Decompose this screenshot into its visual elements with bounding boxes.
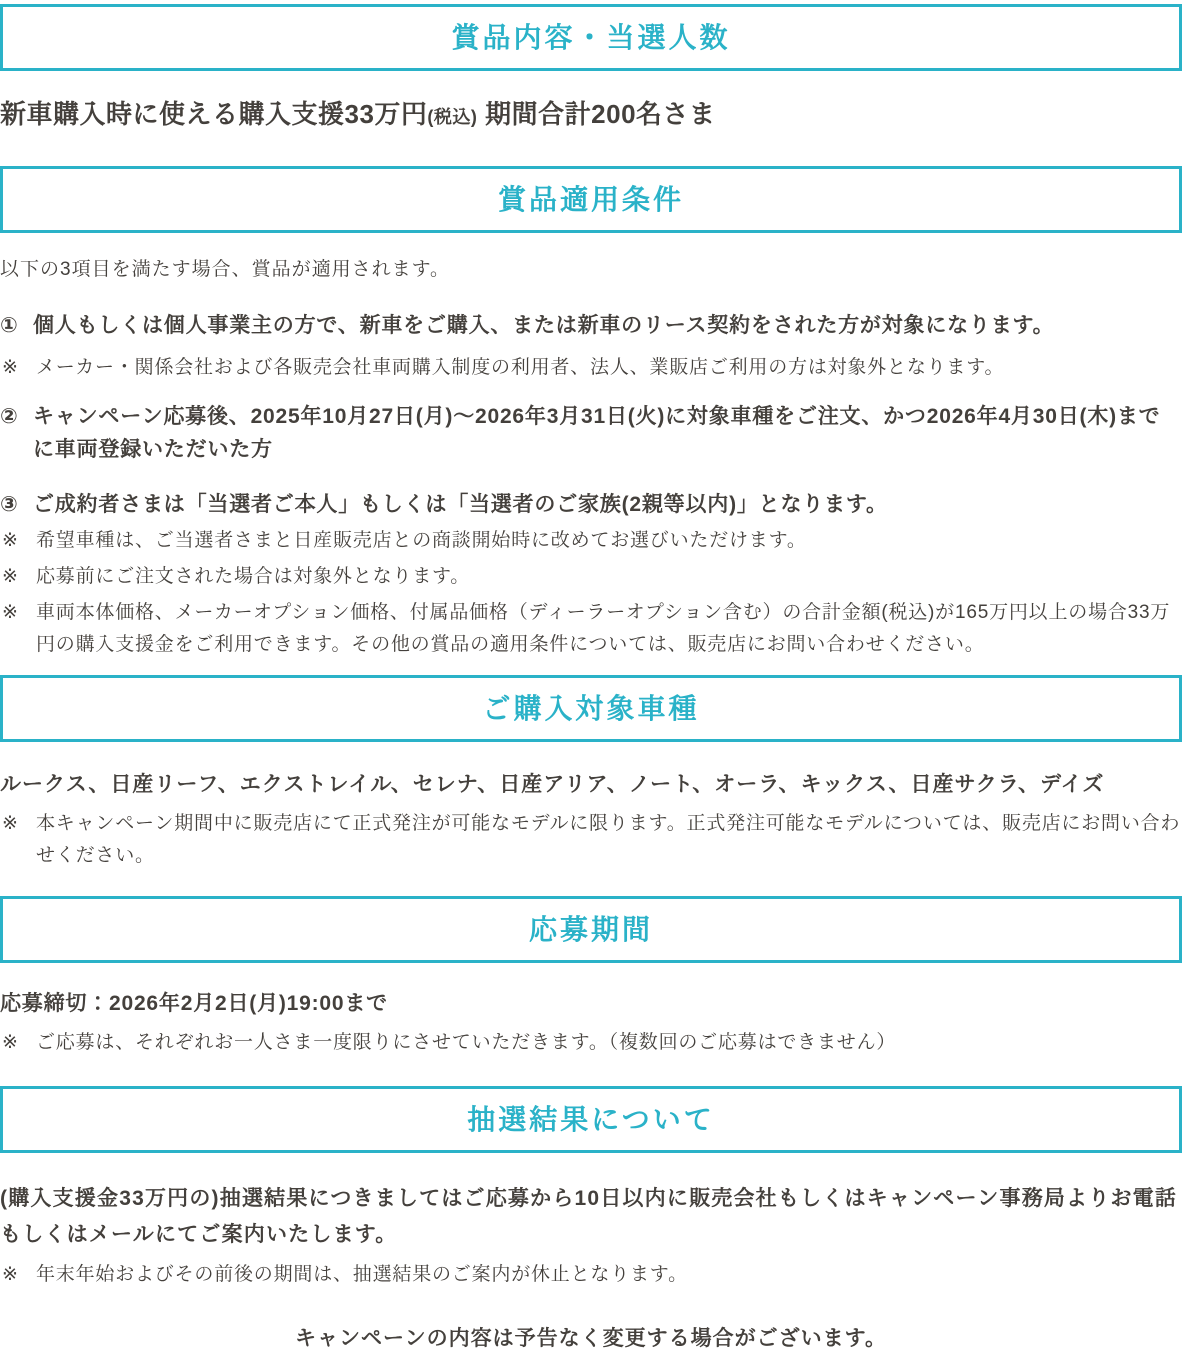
condition-3-note-2-text: 応募前にご注文された場合は対象外となります。 xyxy=(36,561,1182,593)
conditions-heading-box: 賞品適用条件 xyxy=(0,166,1182,233)
prize-tax-note: (税込) xyxy=(427,107,477,127)
note-asterisk: ※ xyxy=(0,1027,36,1059)
condition-2-marker: ② xyxy=(0,400,33,466)
note-asterisk: ※ xyxy=(0,597,36,661)
models-note-text: 本キャンペーン期間中に販売店にて正式発注が可能なモデルに限ります。正式発注可能な… xyxy=(36,808,1182,872)
condition-1-note-text: メーカー・関係会社および各販売会社車両購入制度の利用者、法人、業販店ご利用の方は… xyxy=(36,352,1182,384)
results-note: ※ 年末年始およびその前後の期間は、抽選結果のご案内が休止となります。 xyxy=(0,1259,1182,1291)
section-results: 抽選結果について (購入支援金33万円の)抽選結果につきましてはご応募から10日… xyxy=(0,1086,1182,1291)
condition-1-marker: ① xyxy=(0,309,33,342)
section-period: 応募期間 応募締切：2026年2月2日(月)19:00まで ※ ご応募は、それぞ… xyxy=(0,896,1182,1059)
condition-3-note-2: ※ 応募前にご注文された場合は対象外となります。 xyxy=(0,561,1182,593)
period-note-text: ご応募は、それぞれお一人さま一度限りにさせていただきます。（複数回のご応募はでき… xyxy=(36,1027,1182,1059)
period-heading: 応募期間 xyxy=(529,916,653,944)
condition-3-note-3: ※ 車両本体価格、メーカーオプション価格、付属品価格（ディーラーオプション含む）… xyxy=(0,597,1182,661)
condition-3-note-1-text: 希望車種は、ご当選者さまと日産販売店との商談開始時に改めてお選びいただけます。 xyxy=(36,525,1182,557)
condition-3-note-3-text: 車両本体価格、メーカーオプション価格、付属品価格（ディーラーオプション含む）の合… xyxy=(36,597,1182,661)
models-list: ルークス、日産リーフ、エクストレイル、セレナ、日産アリア、ノート、オーラ、キック… xyxy=(0,768,1182,802)
note-asterisk: ※ xyxy=(0,808,36,872)
prize-description-rest: 期間合計200名さま xyxy=(477,99,715,129)
note-asterisk: ※ xyxy=(0,525,36,557)
results-note-text: 年末年始およびその前後の期間は、抽選結果のご案内が休止となります。 xyxy=(36,1259,1182,1291)
models-heading-box: ご購入対象車種 xyxy=(0,675,1182,742)
note-asterisk: ※ xyxy=(0,561,36,593)
results-heading: 抽選結果について xyxy=(467,1106,714,1134)
conditions-heading: 賞品適用条件 xyxy=(498,186,684,214)
section-conditions: 賞品適用条件 以下の3項目を満たす場合、賞品が適用されます。 ① 個人もしくは個… xyxy=(0,166,1182,661)
condition-2-text: キャンペーン応募後、2025年10月27日(月)～2026年3月31日(火)に対… xyxy=(33,400,1182,466)
conditions-intro: 以下の3項目を満たす場合、賞品が適用されます。 xyxy=(0,257,1182,283)
section-models: ご購入対象車種 ルークス、日産リーフ、エクストレイル、セレナ、日産アリア、ノート… xyxy=(0,675,1182,872)
prize-description-main: 新車購入時に使える購入支援33万円 xyxy=(0,99,427,129)
period-note: ※ ご応募は、それぞれお一人さま一度限りにさせていただきます。（複数回のご応募は… xyxy=(0,1027,1182,1059)
condition-item-3: ③ ご成約者さまは「当選者ご本人」もしくは「当選者のご家族(2親等以内)」となり… xyxy=(0,488,1182,521)
models-note: ※ 本キャンペーン期間中に販売店にて正式発注が可能なモデルに限ります。正式発注可… xyxy=(0,808,1182,872)
condition-3-note-1: ※ 希望車種は、ご当選者さまと日産販売店との商談開始時に改めてお選びいただけます… xyxy=(0,525,1182,557)
results-heading-box: 抽選結果について xyxy=(0,1086,1182,1153)
models-heading: ご購入対象車種 xyxy=(482,695,699,723)
note-asterisk: ※ xyxy=(0,1259,36,1291)
campaign-details-page: 賞品内容・当選人数 新車購入時に使える購入支援33万円(税込) 期間合計200名… xyxy=(0,4,1182,1353)
section-prize: 賞品内容・当選人数 新車購入時に使える購入支援33万円(税込) 期間合計200名… xyxy=(0,4,1182,131)
prize-description: 新車購入時に使える購入支援33万円(税込) 期間合計200名さま xyxy=(0,100,1182,131)
period-deadline: 応募締切：2026年2月2日(月)19:00まで xyxy=(0,989,1182,1019)
prize-heading: 賞品内容・当選人数 xyxy=(451,24,730,52)
condition-item-1: ① 個人もしくは個人事業主の方で、新車をご購入、または新車のリース契約をされた方… xyxy=(0,309,1182,342)
footer-disclaimer: キャンペーンの内容は予告なく変更する場合がございます。 xyxy=(0,1325,1182,1353)
results-body: (購入支援金33万円の)抽選結果につきましてはご応募から10日以内に販売会社もし… xyxy=(0,1181,1182,1253)
note-asterisk: ※ xyxy=(0,352,36,384)
condition-item-2: ② キャンペーン応募後、2025年10月27日(月)～2026年3月31日(火)… xyxy=(0,400,1182,466)
condition-3-marker: ③ xyxy=(0,488,33,521)
condition-1-text: 個人もしくは個人事業主の方で、新車をご購入、または新車のリース契約をされた方が対… xyxy=(33,309,1182,342)
condition-3-text: ご成約者さまは「当選者ご本人」もしくは「当選者のご家族(2親等以内)」となります… xyxy=(33,488,1182,521)
period-heading-box: 応募期間 xyxy=(0,896,1182,963)
condition-1-note: ※ メーカー・関係会社および各販売会社車両購入制度の利用者、法人、業販店ご利用の… xyxy=(0,352,1182,384)
prize-heading-box: 賞品内容・当選人数 xyxy=(0,4,1182,71)
